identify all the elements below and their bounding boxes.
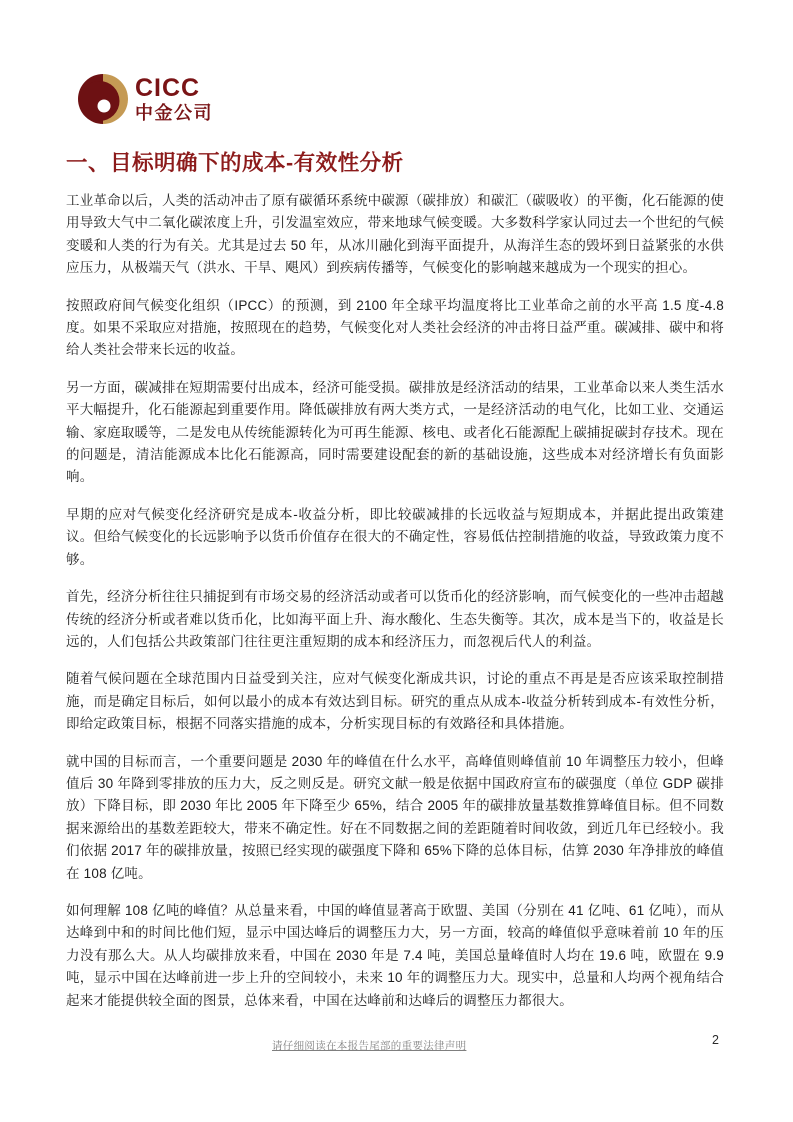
cicc-wordmark: CICC 中金公司	[135, 76, 213, 122]
section-heading: 一、目标明确下的成本-有效性分析	[66, 146, 726, 177]
paragraph-3: 另一方面，碳减排在短期需要付出成本，经济可能受损。碳排放是经济活动的结果，工业革…	[66, 377, 724, 489]
cicc-wordmark-en: CICC	[135, 76, 213, 101]
cicc-logo-icon	[78, 74, 128, 124]
page-number: 2	[712, 1033, 719, 1047]
paragraph-2: 按照政府间气候变化组织（IPCC）的预测，到 2100 年全球平均温度将比工业革…	[66, 295, 724, 362]
paragraph-8: 如何理解 108 亿吨的峰值？从总量来看，中国的峰值显著高于欧盟、美国（分别在 …	[66, 900, 724, 1012]
cicc-logo: CICC 中金公司	[78, 74, 213, 124]
report-page: CICC 中金公司 一、目标明确下的成本-有效性分析 工业革命以后，人类的活动冲…	[0, 0, 793, 1122]
body-text: 工业革命以后，人类的活动冲击了原有碳循环系统中碳源（碳排放）和碳汇（碳吸收）的平…	[66, 190, 724, 1027]
paragraph-5: 首先，经济分析往往只捕捉到有市场交易的经济活动或者可以货币化的经济影响，而气候变…	[66, 586, 724, 653]
paragraph-6: 随着气候问题在全球范围内日益受到关注，应对气候变化渐成共识，讨论的重点不再是是否…	[66, 668, 724, 735]
paragraph-1: 工业革命以后，人类的活动冲击了原有碳循环系统中碳源（碳排放）和碳汇（碳吸收）的平…	[66, 190, 724, 280]
footer-disclaimer-link[interactable]: 请仔细阅读在本报告尾部的重要法律声明	[272, 1038, 466, 1053]
paragraph-4: 早期的应对气候变化经济研究是成本-收益分析，即比较碳减排的长远收益与短期成本，并…	[66, 504, 724, 571]
cicc-wordmark-cn: 中金公司	[135, 104, 213, 122]
paragraph-7: 就中国的目标而言，一个重要问题是 2030 年的峰值在什么水平，高峰值则峰值前 …	[66, 751, 724, 885]
